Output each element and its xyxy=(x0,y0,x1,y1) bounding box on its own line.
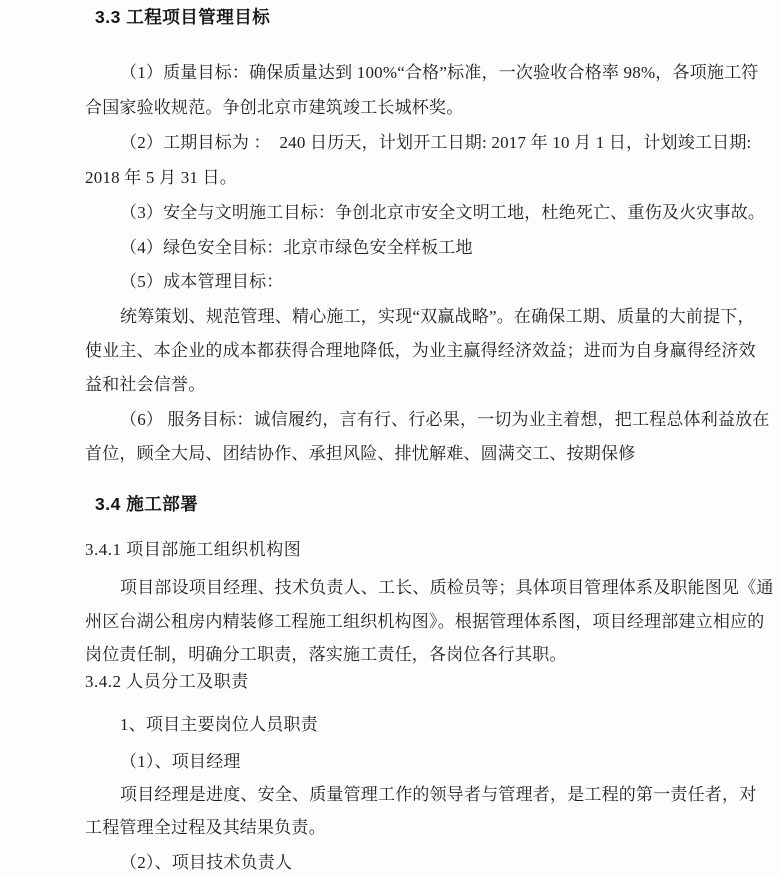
paragraph-line: 州区台湖公租房内精装修工程施工组织机构图》。根据管理体系图，项目经理部建立相应的 xyxy=(85,611,765,632)
heading-3-4-2: 3.4.2 人员分工及职责 xyxy=(85,671,249,692)
heading-3-4-1: 3.4.1 项目部施工组织机构图 xyxy=(85,539,301,560)
paragraph-line: （4）绿色安全目标：北京市绿色安全样板工地 xyxy=(120,237,473,258)
list-item-line: 1、项目主要岗位人员职责 xyxy=(120,714,318,735)
list-item-line: （1）、项目经理 xyxy=(120,751,241,772)
list-item-line: （2）、项目技术负责人 xyxy=(120,852,292,873)
paragraph-line: 使业主、本企业的成本都获得合理地降低，为业主赢得经济效益；进而为自身赢得经济效 xyxy=(85,340,756,361)
paragraph-line: （2）工期目标为 ： 240 日历天，计划开工日期: 2017 年 10 月 1… xyxy=(120,132,751,153)
heading-3-4: 3.4 施工部署 xyxy=(95,494,198,515)
paragraph-line: 项目部设项目经理、技术负责人、工长、质检员等；具体项目管理体系及职能图见《通 xyxy=(120,577,774,598)
paragraph-line: 2018 年 5 月 31 日。 xyxy=(85,167,237,188)
paragraph-line: （1）质量目标：确保质量达到 100%“合格”标准，一次验收合格率 98%，各项… xyxy=(120,62,759,83)
paragraph-line: 岗位责任制，明确分工职责，落实施工责任，各岗位各行其职。 xyxy=(85,644,567,665)
document-page: 3.3 工程项目管理目标 （1）质量目标：确保质量达到 100%“合格”标准，一… xyxy=(0,0,780,876)
paragraph-line: （5）成本管理目标： xyxy=(120,271,284,292)
paragraph-line: 合国家验收规范。争创北京市建筑竣工长城杯奖。 xyxy=(85,97,463,118)
paragraph-line: 工程管理全过程及其结果负责。 xyxy=(85,817,326,838)
paragraph-line: （6） 服务目标：诚信履约，言有行、行必果，一切为业主着想，把工程总体利益放在 xyxy=(120,409,770,430)
paragraph-line: （3）安全与文明施工目标：争创北京市安全文明工地，杜绝死亡、重伤及火灾事故。 xyxy=(120,202,765,223)
paragraph-line: 统筹策划、规范管理、精心施工，实现“双赢战略”。在确保工期、质量的大前提下， xyxy=(120,306,755,327)
paragraph-line: 益和社会信誉。 xyxy=(85,374,205,395)
heading-3-3: 3.3 工程项目管理目标 xyxy=(95,7,270,28)
paragraph-line: 项目经理是进度、安全、质量管理工作的领导者与管理者，是工程的第一责任者，对 xyxy=(120,784,756,805)
paragraph-line: 首位，顾全大局、团结协作、承担风险、排忧解难、圆满交工、按期保修 xyxy=(85,443,635,464)
